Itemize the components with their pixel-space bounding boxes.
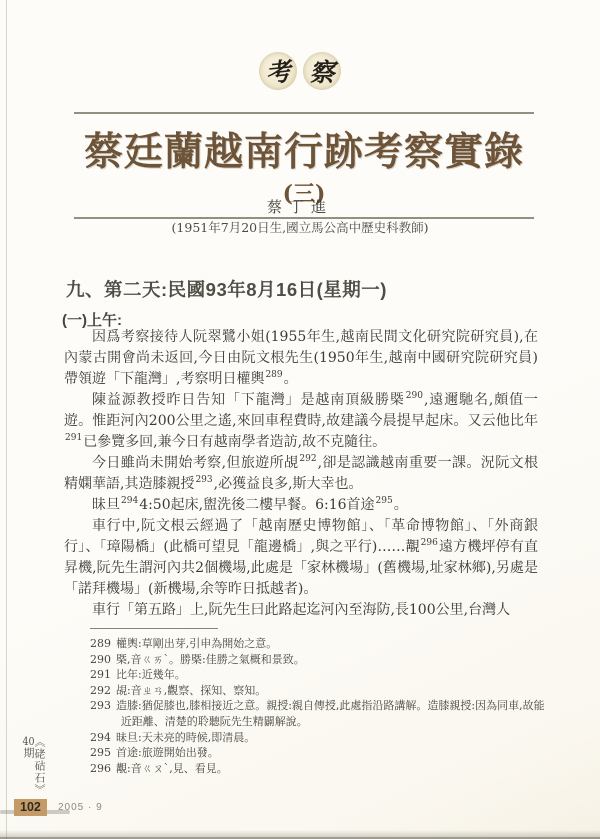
- issue-date: 2005 · 9: [58, 802, 103, 813]
- footnote-text: 昧旦:天未亮的時候,即清晨。: [116, 731, 255, 744]
- footnote: 291比年:近幾年。: [90, 667, 550, 683]
- footnote-ref-295: 295: [376, 496, 393, 506]
- footnote: 296覯:音ㄍㄡˋ,見、看見。: [90, 761, 550, 777]
- paragraph-text: 今日雖尚未開始考察,但旅遊所覘: [92, 455, 298, 471]
- footnote-number: 293: [90, 699, 111, 712]
- footnote-text: 權輿:草剛出芽,引申為開始之意。: [116, 637, 277, 650]
- footnote: 289權輿:草剛出芽,引申為開始之意。: [90, 636, 550, 652]
- footnote-list: 289權輿:草剛出芽,引申為開始之意。 290槩,音ㄍㄞˋ。勝槩:佳勝之氣概和景…: [90, 636, 550, 776]
- footnote-ref-292: 292: [299, 454, 316, 464]
- footnote: 293造膝:猶促膝也,膝相接近之意。親授:親自傳授,此處指沿路講解。造膝親授:因…: [90, 698, 550, 729]
- author-name: 蔡丁進: [0, 196, 600, 217]
- footnote-text: 造膝:猶促膝也,膝相接近之意。親授:親自傳授,此處指沿路講解。造膝親授:因為同車…: [116, 699, 545, 728]
- footnote: 294昧旦:天未亮的時候,即清晨。: [90, 730, 550, 746]
- body-paragraph: 因爲考察接待人阮翠鷺小姐(1955年生,越南民間文化研究院研究員),在內蒙古開會…: [64, 327, 538, 390]
- paragraph-text: 車行「第五路」上,阮先生曰此路起迄河內至海防,長100公里,台灣人: [92, 602, 510, 618]
- footnote-text: 比年:近幾年。: [116, 668, 186, 681]
- footnote-number: 292: [90, 684, 111, 697]
- journal-issue-number: 40: [22, 736, 35, 747]
- scanned-journal-page: 考 察 蔡廷蘭越南行跡考察實錄(三) 蔡丁進 (1951年7月20日生,國立馬公…: [0, 0, 600, 839]
- footnote-text: 首途:旅遊開始出發。: [116, 746, 219, 759]
- footnote-text: 槩,音ㄍㄞˋ。勝槩:佳勝之氣概和景致。: [116, 653, 305, 666]
- footnote: 295首途:旅遊開始出發。: [90, 745, 550, 761]
- footnote-separator: [90, 628, 218, 629]
- scan-edge-left: [6, 0, 7, 839]
- footnote-number: 294: [90, 731, 111, 744]
- footnote-text: 覯:音ㄍㄡˋ,見、看見。: [116, 762, 228, 775]
- paragraph-text: ,必獲益良多,斯大幸也。: [214, 476, 363, 492]
- footnote-ref-296: 296: [421, 538, 438, 548]
- journal-issue-unit: 期: [22, 747, 35, 759]
- article-body: 因爲考察接待人阮翠鷺小姐(1955年生,越南民間文化研究院研究員),在內蒙古開會…: [64, 327, 538, 621]
- section-heading: 九、第二天:民國93年8月16日(星期一): [66, 276, 387, 302]
- body-paragraph: 車行「第五路」上,阮先生曰此路起迄河內至海防,長100公里,台灣人: [64, 600, 538, 621]
- paragraph-text: 。: [394, 497, 408, 513]
- paragraph-text: 已參覽多回,兼今日有越南學者造訪,故不克隨往。: [83, 434, 386, 450]
- footnote-number: 291: [90, 668, 111, 681]
- page-number-badge: 102: [14, 799, 47, 816]
- footnote-ref-293: 293: [195, 475, 212, 485]
- scan-edge-bottom: [0, 830, 600, 839]
- footnote-text: 覘:音ㄓㄢ,觀察、探知、察知。: [116, 684, 266, 697]
- footnote: 290槩,音ㄍㄞˋ。勝槩:佳勝之氣概和景致。: [90, 652, 550, 668]
- footnote-ref-289: 289: [265, 370, 282, 380]
- footnote-number: 295: [90, 746, 111, 759]
- footnote-ref-294: 294: [121, 496, 138, 506]
- journal-name: 《硓𥑮石》: [33, 736, 46, 796]
- footnote-ref-291: 291: [65, 433, 82, 443]
- author-bio: (1951年7月20日生,國立馬公高中歷史科教師): [0, 218, 600, 236]
- article-title: 蔡廷蘭越南行跡考察實錄: [84, 129, 524, 175]
- footnote-ref-290: 290: [406, 391, 423, 401]
- footnote: 292覘:音ㄓㄢ,觀察、探知、察知。: [90, 683, 550, 699]
- footnote-number: 296: [90, 762, 111, 775]
- kaocha-seal-stamps: 考 察: [0, 52, 600, 90]
- seal-cha-icon: 察: [303, 52, 341, 90]
- journal-name-vertical: 《硓𥑮石》40期: [23, 736, 45, 804]
- paragraph-text: 陳益源教授昨日告知「下龍灣」是越南頂級勝槩: [92, 392, 405, 408]
- footnote-number: 290: [90, 653, 111, 666]
- body-paragraph: 車行中,阮文根云經過了「越南歷史博物館」、「革命博物館」、「外商銀行」、「璋陽橋…: [64, 516, 538, 600]
- paragraph-text: 4:50起床,盥洗後二樓早餐。6:16首途: [139, 497, 374, 513]
- body-paragraph: 昧旦2944:50起床,盥洗後二樓早餐。6:16首途295。: [64, 495, 538, 516]
- body-paragraph: 今日雖尚未開始考察,但旅遊所覘292,卻是認識越南重要一課。況阮文根精嫻華語,其…: [64, 453, 538, 495]
- paragraph-text: 昧旦: [92, 497, 120, 513]
- paragraph-text: 。: [284, 371, 298, 387]
- body-paragraph: 陳益源教授昨日告知「下龍灣」是越南頂級勝槩290,遠邇馳名,頗值一遊。惟距河內2…: [64, 390, 538, 453]
- footnote-number: 289: [90, 637, 111, 650]
- paragraph-text: 因爲考察接待人阮翠鷺小姐(1955年生,越南民間文化研究院研究員),在內蒙古開會…: [64, 329, 538, 387]
- seal-kao-icon: 考: [257, 50, 299, 92]
